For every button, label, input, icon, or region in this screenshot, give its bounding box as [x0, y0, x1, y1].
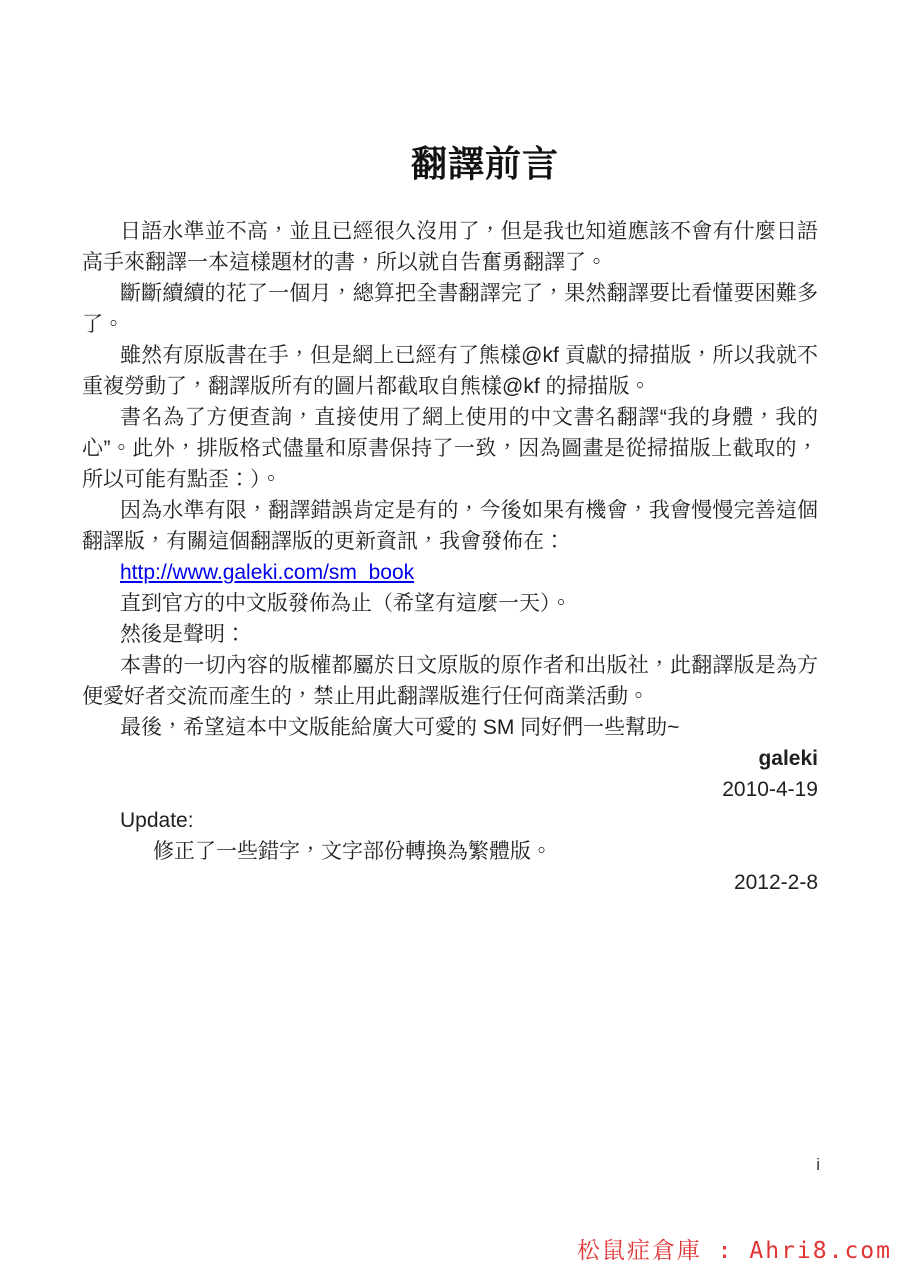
document-body: 日語水準並不高，並且已經很久沒用了，但是我也知道應該不會有什麼日語高手來翻譯一本…: [82, 188, 818, 898]
document-page: 翻譯前言 日語水準並不高，並且已經很久沒用了，但是我也知道應該不會有什麼日語高手…: [0, 0, 900, 1273]
statement-heading: 然後是聲明：: [82, 619, 818, 650]
update-link-line: http://www.galeki.com/sm_book: [82, 557, 818, 588]
update-date: 2012-2-8: [82, 867, 818, 898]
watermark: 松鼠症倉庫 : Ahri8.com: [577, 1232, 892, 1265]
statement-copyright: 本書的一切內容的版權都屬於日文原版的原作者和出版社，此翻譯版是為方便愛好者交流而…: [82, 650, 818, 712]
paragraph-updates-info: 因為水準有限，翻譯錯誤肯定是有的，今後如果有機會，我會慢慢完善這個翻譯版，有關這…: [82, 495, 818, 557]
closing-wish: 最後，希望這本中文版能給廣大可愛的 SM 同好們一些幫助~: [82, 712, 818, 743]
update-note: 修正了一些錯字，文字部份轉換為繁體版。: [82, 836, 818, 867]
paragraph-one-month: 斷斷續續的花了一個月，總算把全書翻譯完了，果然翻譯要比看懂要困難多了。: [82, 278, 818, 340]
signature-date: 2010-4-19: [82, 774, 818, 805]
galeki-site-link[interactable]: http://www.galeki.com/sm_book: [120, 561, 414, 584]
page-number: i: [816, 1155, 820, 1175]
signature-name: galeki: [82, 743, 818, 774]
paragraph-scan-credit: 雖然有原版書在手，但是網上已經有了熊樣@kf 貢獻的掃描版，所以我就不重複勞動了…: [82, 340, 818, 402]
paragraph-until-official: 直到官方的中文版發佈為止（希望有這麼一天）。: [82, 588, 818, 619]
paragraph-book-title: 書名為了方便查詢，直接使用了網上使用的中文書名翻譯“我的身體，我的心”。此外，排…: [82, 402, 818, 495]
update-label: Update:: [82, 805, 818, 836]
page-title: 翻譯前言: [0, 0, 900, 188]
paragraph-japanese-level: 日語水準並不高，並且已經很久沒用了，但是我也知道應該不會有什麼日語高手來翻譯一本…: [82, 216, 818, 278]
